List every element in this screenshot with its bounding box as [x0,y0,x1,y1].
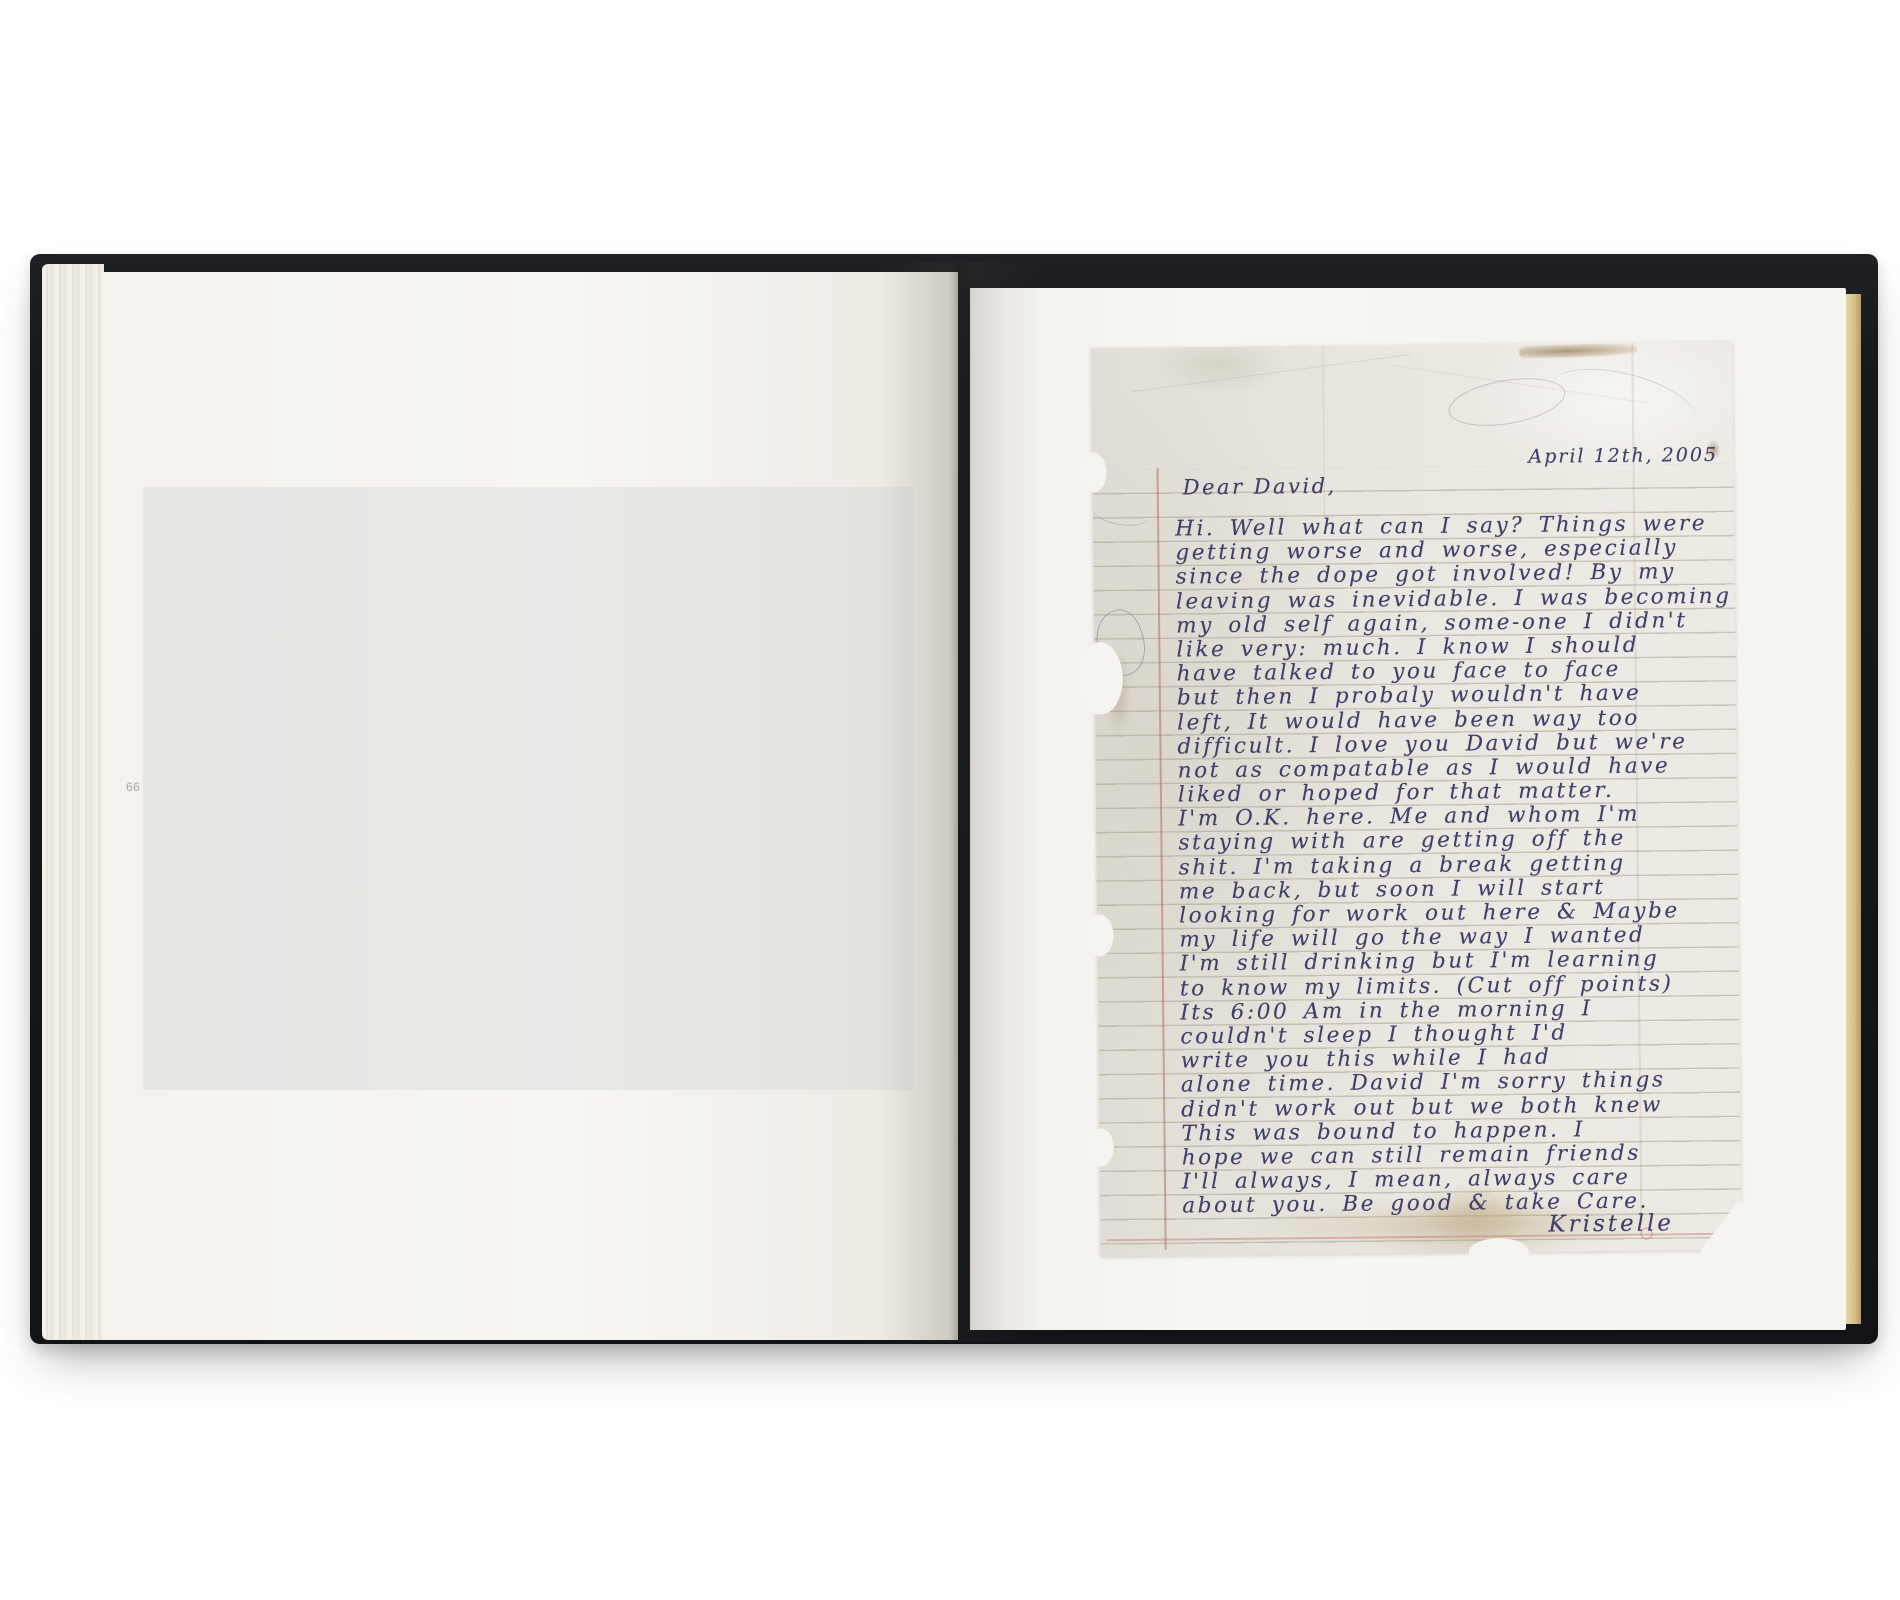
stain [1519,343,1637,359]
blank-photo-area [143,487,913,1090]
letter-body: Hi. Well what can I say? Things weregett… [1175,511,1757,1218]
letter-date: April 12th, 2005 [1528,444,1718,468]
letter-signature: Kristelle [1548,1210,1674,1237]
right-fore-edge [1846,294,1861,1324]
torn-hole-notch [1080,452,1106,492]
left-page: 66 [102,272,958,1340]
right-page: April 12th, 2005 Dear David, Hi. Well wh… [970,288,1846,1330]
torn-hole-notch [1078,642,1123,714]
page-stack-fore-edge [42,264,104,1340]
page-number: 66 [126,780,140,794]
torn-edge-notch [1469,1238,1529,1267]
torn-hole-notch [1087,1128,1113,1166]
fold-crease [1133,354,1411,392]
handwritten-letter-photo: April 12th, 2005 Dear David, Hi. Well wh… [1091,342,1741,1257]
photobook-spread: 66 April 12th, [0,0,1900,1600]
pencil-scribble [1542,356,1702,450]
torn-hole-notch [1085,914,1113,956]
letter-salutation: Dear David, [1183,474,1337,500]
